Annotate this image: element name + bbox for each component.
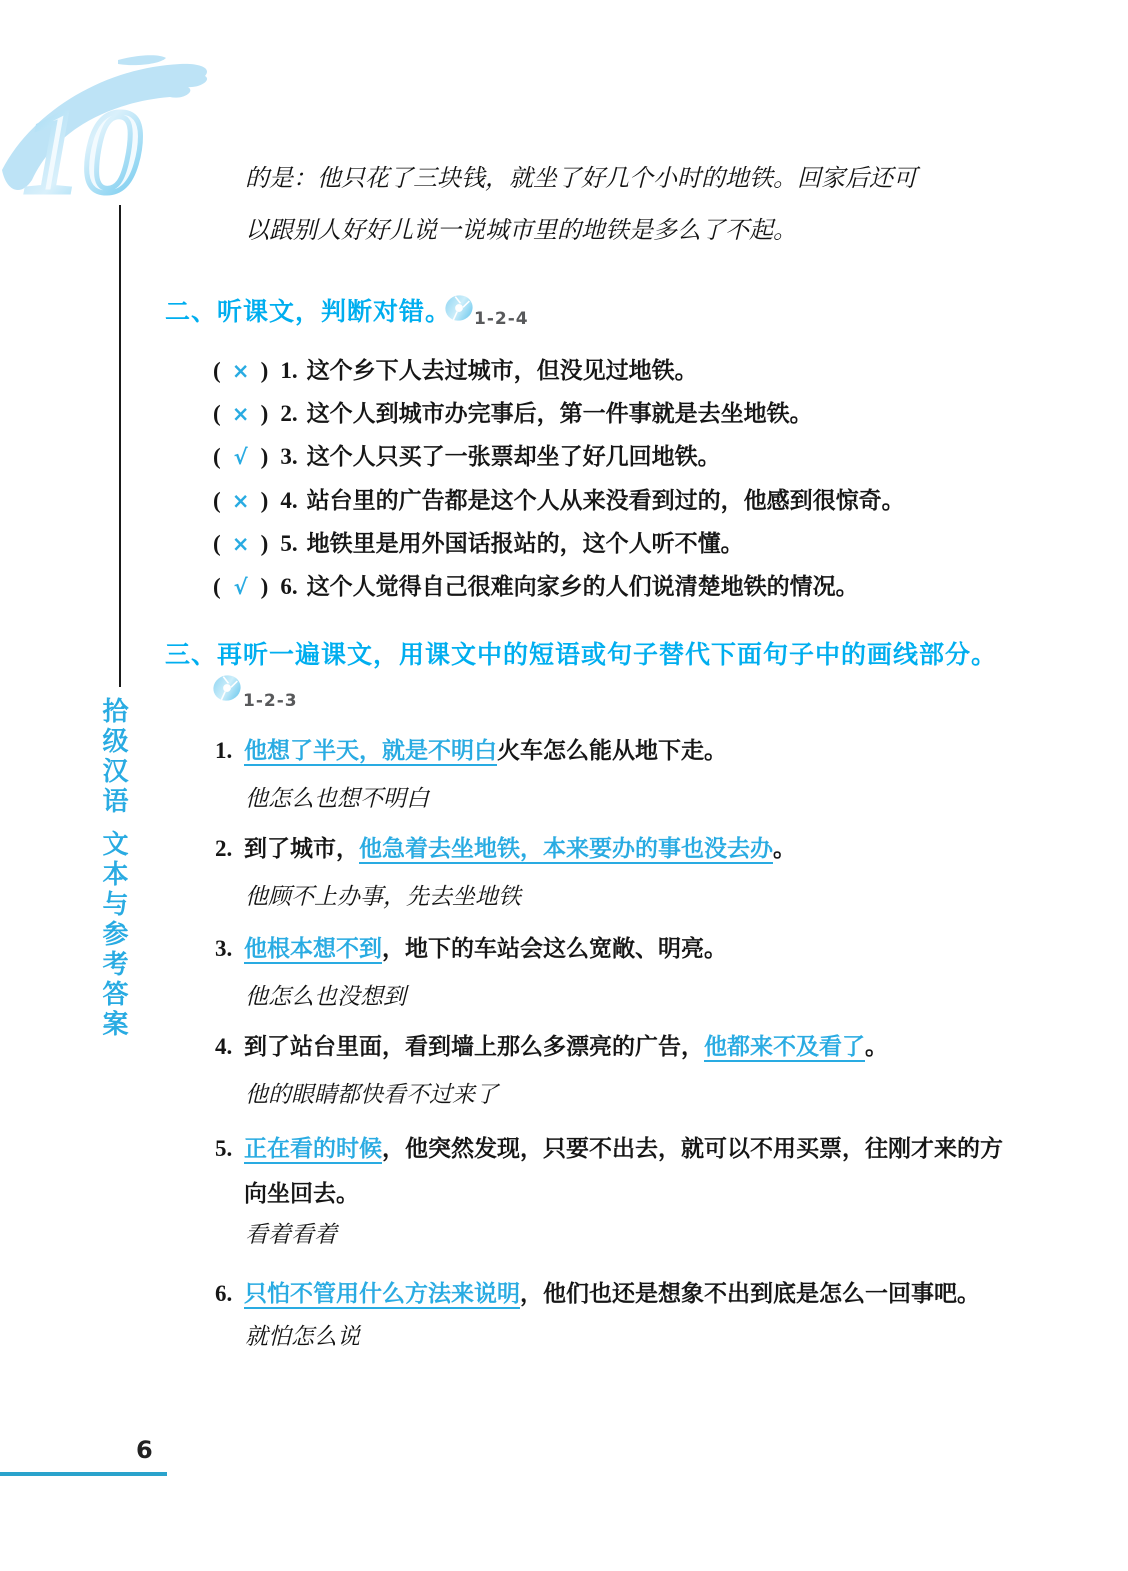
textbook-page: { "page": { "lesson_number": "10", "page… <box>0 0 1128 1571</box>
paren-open: ( <box>213 574 221 599</box>
item-number: 2. <box>215 826 232 871</box>
paren-close: ) <box>261 358 269 383</box>
replace-item: 2. 到了城市，他急着去坐地铁，本来要办的事也没去办。 <box>215 826 1015 871</box>
sidebar-series-title: 拾级汉语 <box>95 697 132 817</box>
true-false-item: (×)4.站台里的广告都是这个人从来没看到过的，他感到很惊奇。 <box>213 482 905 515</box>
replace-item: 4. 到了站台里面，看到墙上那么多漂亮的广告，他都来不及看了。 <box>215 1024 1015 1069</box>
intro-paragraph-line2: 以跟别人好好儿说一说城市里的地铁是多么了不起。 <box>245 210 985 245</box>
lesson-logo: 10 <box>0 40 240 210</box>
replace-item: 1. 他想了半天，就是不明白火车怎么能从地下走。 <box>215 728 1015 773</box>
sentence-post: 。 <box>865 1034 888 1059</box>
paren-close: ) <box>261 531 269 556</box>
intro-paragraph-line1: 的是：他只花了三块钱，就坐了好几个小时的地铁。回家后还可 <box>245 158 985 193</box>
underlined-phrase: 正在看的时候 <box>244 1136 382 1164</box>
lesson-number: 10 <box>22 85 142 210</box>
item-answer: 看着看着 <box>245 1216 337 1249</box>
underlined-phrase: 他想了半天，就是不明白 <box>244 738 497 766</box>
paren-close: ) <box>261 401 269 426</box>
underlined-phrase: 他都来不及看了 <box>704 1034 865 1062</box>
audio-track-label: 1-2-4 <box>474 309 529 329</box>
answer-mark: √ <box>221 575 261 599</box>
audio-track-label: 1-2-3 <box>243 691 298 711</box>
answer-mark: × <box>221 532 261 556</box>
item-text: 这个人觉得自己很难向家乡的人们说清楚地铁的情况。 <box>307 574 859 599</box>
true-false-item: (×)5.地铁里是用外国话报站的，这个人听不懂。 <box>213 525 744 558</box>
page-number: 6 <box>136 1436 153 1464</box>
item-text: 地铁里是用外国话报站的，这个人听不懂。 <box>307 531 744 556</box>
replace-item: 3. 他根本想不到，地下的车站会这么宽敞、明亮。 <box>215 926 1015 971</box>
underlined-phrase: 只怕不管用什么方法来说明 <box>244 1281 520 1309</box>
item-number: 3. <box>280 444 297 469</box>
cd-audio-icon <box>443 292 475 324</box>
answer-mark: √ <box>221 445 261 469</box>
true-false-item: (×)2.这个人到城市办完事后，第一件事就是去坐地铁。 <box>213 395 813 428</box>
sentence-pre: 到了站台里面，看到墙上那么多漂亮的广告， <box>244 1034 704 1059</box>
item-sentence: 只怕不管用什么方法来说明，他们也还是想象不出到底是怎么一回事吧。 <box>244 1271 1015 1316</box>
section-three-heading: 三、再听一遍课文，用课文中的短语或句子替代下面句子中的画线部分。 <box>165 635 997 671</box>
footer-rule <box>0 1472 167 1476</box>
paren-close: ) <box>261 444 269 469</box>
item-answer: 他的眼睛都快看不过来了 <box>245 1076 498 1109</box>
item-sentence: 正在看的时候，他突然发现，只要不出去，就可以不用买票，往刚才来的方向坐回去。 <box>244 1126 1015 1216</box>
item-answer: 他顾不上办事，先去坐地铁 <box>245 878 521 911</box>
paren-close: ) <box>261 574 269 599</box>
true-false-item: (√)6.这个人觉得自己很难向家乡的人们说清楚地铁的情况。 <box>213 568 859 601</box>
answer-mark: × <box>221 402 261 426</box>
sidebar-vertical-rule <box>119 205 121 687</box>
sentence-post: 火车怎么能从地下走。 <box>497 738 727 763</box>
underlined-phrase: 他根本想不到 <box>244 936 382 964</box>
item-sentence: 他根本想不到，地下的车站会这么宽敞、明亮。 <box>244 926 1015 971</box>
cd-audio-icon <box>211 672 243 704</box>
item-text: 这个乡下人去过城市，但没见过地铁。 <box>307 358 698 383</box>
replace-item: 5. 正在看的时候，他突然发现，只要不出去，就可以不用买票，往刚才来的方向坐回去… <box>215 1126 1015 1216</box>
sentence-post: ，他们也还是想象不出到底是怎么一回事吧。 <box>520 1281 980 1306</box>
item-answer: 就怕怎么说 <box>245 1318 360 1351</box>
item-answer: 他怎么也没想到 <box>245 978 406 1011</box>
item-number: 1. <box>280 358 297 383</box>
item-text: 这个人到城市办完事后，第一件事就是去坐地铁。 <box>307 401 813 426</box>
answer-mark: × <box>221 359 261 383</box>
item-sentence: 到了站台里面，看到墙上那么多漂亮的广告，他都来不及看了。 <box>244 1024 1015 1069</box>
paren-open: ( <box>213 358 221 383</box>
answer-mark: × <box>221 489 261 513</box>
section-two-heading: 二、听课文，判断对错。 <box>165 292 451 328</box>
item-number: 5. <box>215 1126 232 1171</box>
item-number: 4. <box>215 1024 232 1069</box>
paren-open: ( <box>213 488 221 513</box>
sentence-post: 。 <box>773 836 796 861</box>
item-number: 4. <box>280 488 297 513</box>
paren-open: ( <box>213 444 221 469</box>
paren-open: ( <box>213 401 221 426</box>
item-number: 5. <box>280 531 297 556</box>
true-false-item: (×)1.这个乡下人去过城市，但没见过地铁。 <box>213 352 698 385</box>
paren-open: ( <box>213 531 221 556</box>
sidebar-volume-title: 文本与参考答案 <box>95 830 132 1040</box>
item-sentence: 到了城市，他急着去坐地铁，本来要办的事也没去办。 <box>244 826 1015 871</box>
item-text: 站台里的广告都是这个人从来没看到过的，他感到很惊奇。 <box>307 488 905 513</box>
replace-item: 6. 只怕不管用什么方法来说明，他们也还是想象不出到底是怎么一回事吧。 <box>215 1271 1015 1316</box>
underlined-phrase: 他急着去坐地铁，本来要办的事也没去办 <box>359 836 773 864</box>
true-false-item: (√)3.这个人只买了一张票却坐了好几回地铁。 <box>213 438 721 471</box>
item-number: 1. <box>215 728 232 773</box>
item-number: 6. <box>215 1271 232 1316</box>
item-sentence: 他想了半天，就是不明白火车怎么能从地下走。 <box>244 728 1015 773</box>
paren-close: ) <box>261 488 269 513</box>
item-number: 2. <box>280 401 297 426</box>
sentence-pre: 到了城市， <box>244 836 359 861</box>
item-number: 6. <box>280 574 297 599</box>
sentence-post: ，地下的车站会这么宽敞、明亮。 <box>382 936 727 961</box>
item-text: 这个人只买了一张票却坐了好几回地铁。 <box>307 444 721 469</box>
item-answer: 他怎么也想不明白 <box>245 780 429 813</box>
item-number: 3. <box>215 926 232 971</box>
